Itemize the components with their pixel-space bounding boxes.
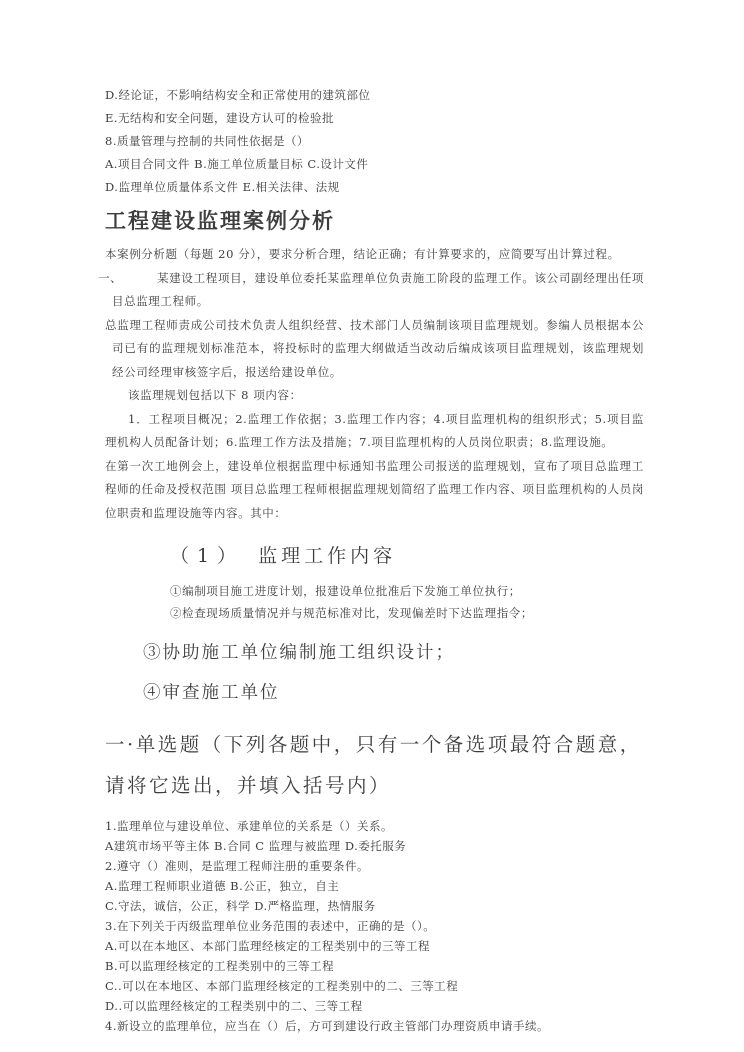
case-intro-paragraph: 本案例分析题（每题 20 分），要求分析合理，结论正确；有计算要求的，应简要写出… xyxy=(105,243,644,267)
question-line: 1.监理单位与建设单位、承建单位的关系是（）关系。 xyxy=(105,816,644,836)
first-meeting-paragraph: 在第一次工地例会上，建设单位根据监理中标通知书监理公司报送的监理规划，宣布了项目… xyxy=(105,455,644,526)
option-line: B.可以监理经核定的工程类别中的三等工程 xyxy=(105,956,644,976)
supervision-item-3: ③协助施工单位编制施工组织设计； xyxy=(143,639,644,664)
quiz-question-line: 8.质量管理与控制的共同性依据是（） xyxy=(105,130,644,153)
plan-preparation-paragraph: 总监理工程师责成公司技术负责人组织经营、技术部门人员编制该项目监理规划。参编人员… xyxy=(105,314,644,385)
supervision-item-1: ①编制项目施工进度计划，报建设单位批准后下发施工单位执行； xyxy=(170,580,644,602)
supervision-item-4: ④审查施工单位 xyxy=(143,679,644,704)
supervision-content-subheading: （1）监理工作内容 xyxy=(170,541,644,568)
case-one-paragraph: 一、某建设工程项目，建设单位委托某监理单位负责施工阶段的监理工作。该公司副经理出… xyxy=(105,267,644,314)
option-line: A.可以在本地区、本部门监理经核定的工程类别中的三等工程 xyxy=(105,936,644,956)
subheading-number: （1） xyxy=(170,545,244,567)
case-one-label: 一、 xyxy=(105,267,157,291)
quiz-option-line: D.监理单位质量体系文件 E.相关法律、法规 xyxy=(105,176,644,199)
quiz-option-line: D.经论证，不影响结构安全和正常使用的建筑部位 xyxy=(105,84,644,107)
option-line: C.守法，诚信，公正，科学 D.严格监理，热情服务 xyxy=(105,896,644,916)
case-one-body: 某建设工程项目，建设单位委托某监理单位负责施工阶段的监理工作。该公司副经理出任项… xyxy=(112,271,644,309)
question-line: 2.遵守（）准则，是监理工程师注册的重要条件。 xyxy=(105,856,644,876)
previous-questions-block: D.经论证，不影响结构安全和正常使用的建筑部位 E.无结构和安全问题，建设方认可… xyxy=(105,84,644,199)
plan-items-paragraph: 1．工程项目概况；2.监理工作依据；3.监理工作内容；4.项目监理机构的组织形式… xyxy=(105,408,644,455)
plan-lead-line: 该监理规划包括以下 8 项内容： xyxy=(105,384,644,408)
single-choice-section-heading: 一·单选题（下列各题中，只有一个备选项最符合题意，请将它选出，并填入括号内） xyxy=(105,724,644,806)
subheading-text: 监理工作内容 xyxy=(258,545,396,567)
case-analysis-title: 工程建设监理案例分析 xyxy=(105,205,644,235)
option-line: D..可以监理经核定的工程类别中的二、三等工程 xyxy=(105,996,644,1016)
supervision-item-2: ②检查现场质量情况并与规范标准对比，发现偏差时下达监理指令； xyxy=(170,602,644,624)
quiz-option-line: A.项目合同文件 B.施工单位质量目标 C.设计文件 xyxy=(105,153,644,176)
quiz-option-line: E.无结构和安全问题，建设方认可的检验批 xyxy=(105,107,644,130)
option-line: A建筑市场平等主体 B.合同 C 监理与被监理 D.委托服务 xyxy=(105,836,644,856)
question-line: 3.在下列关于丙级监理单位业务范围的表述中，正确的是（）。 xyxy=(105,916,644,936)
option-line: C..可以在本地区、本部门监理经核定的工程类别中的二、三等工程 xyxy=(105,976,644,996)
option-line: A.监理工程师职业道德 B.公正，独立，自主 xyxy=(105,876,644,896)
document-page: D.经论证，不影响结构安全和正常使用的建筑部位 E.无结构和安全问题，建设方认可… xyxy=(0,0,744,1052)
single-choice-questions: 1.监理单位与建设单位、承建单位的关系是（）关系。 A建筑市场平等主体 B.合同… xyxy=(105,816,644,1036)
question-line: 4.新设立的监理单位，应当在（）后，方可到建设行政主管部门办理资质申请手续。 xyxy=(105,1016,644,1036)
